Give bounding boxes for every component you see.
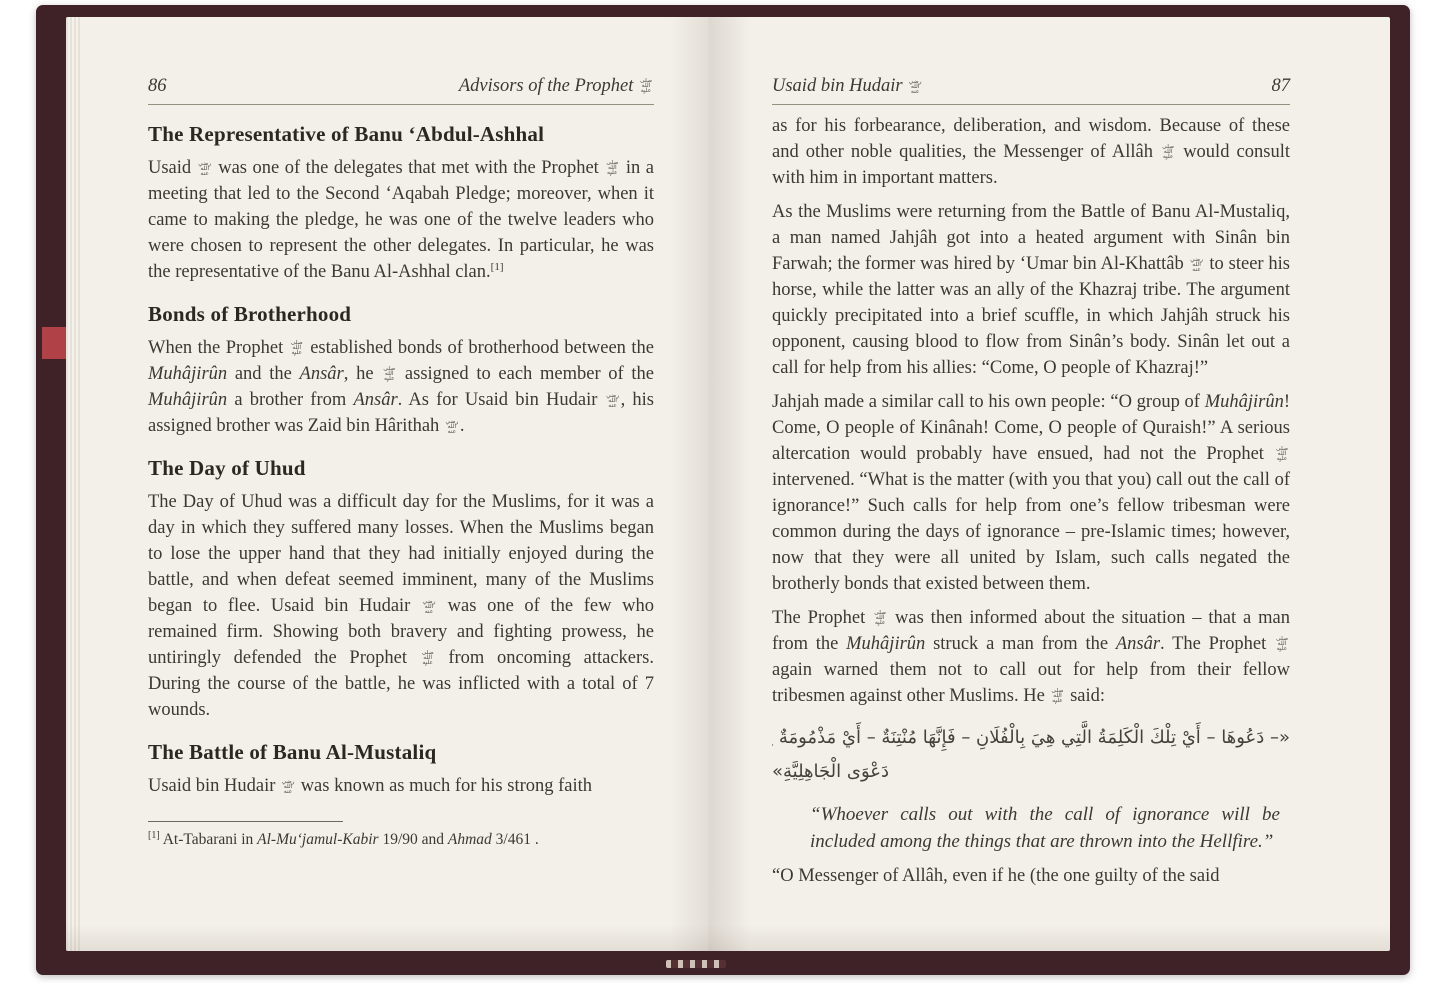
honorific-saw-symbol: صلى الله عليه وسلم <box>420 650 436 666</box>
body-paragraph: When the Prophet صلى الله عليه وسلم esta… <box>148 335 654 439</box>
honorific-saw-symbol: صلى الله عليه وسلم <box>638 78 654 94</box>
hadith-translation-quote: “Whoever calls out with the call of igno… <box>810 801 1280 855</box>
right-page-header: Usaid bin Hudair رضي الله عنه 87 <box>772 73 1290 105</box>
honorific-saw-symbol: صلى الله عليه وسلم <box>604 160 620 176</box>
honorific-saw-symbol: صلى الله عليه وسلم <box>1160 144 1176 160</box>
page-spread: 86 Advisors of the Prophet صلى الله عليه… <box>66 17 1390 951</box>
body-paragraph: The Day of Uhud was a difficult day for … <box>148 489 654 723</box>
left-running-header: Advisors of the Prophet صلى الله عليه وس… <box>459 73 654 99</box>
section-heading-representative: The Representative of Banu ‘Abdul-Ashhal <box>148 121 654 147</box>
left-page-number: 86 <box>148 73 167 99</box>
body-paragraph: Usaid رضي الله عنه was one of the delega… <box>148 155 654 285</box>
honorific-saw-symbol: صلى الله عليه وسلم <box>1049 688 1065 704</box>
honorific-ra-symbol: رضي الله عنه <box>197 161 213 176</box>
section-heading-bonds: Bonds of Brotherhood <box>148 301 654 327</box>
honorific-ra-symbol: رضي الله عنه <box>605 393 621 408</box>
arabic-hadith-line1: «– دَعُوهَا – أَيْ تِلْكَ الْكَلِمَةُ ال… <box>772 721 1290 755</box>
footnote: [1] At-Tabarani in Al-Mu‘jamul-Kabir 19/… <box>148 829 654 850</box>
footnote-block: [1] At-Tabarani in Al-Mu‘jamul-Kabir 19/… <box>148 821 654 850</box>
right-running-header: Usaid bin Hudair رضي الله عنه <box>772 73 923 99</box>
honorific-saw-symbol: صلى الله عليه وسلم <box>1274 636 1290 652</box>
body-paragraph: The Prophet صلى الله عليه وسلم was then … <box>772 605 1290 709</box>
honorific-saw-symbol: صلى الله عليه وسلم <box>381 366 397 382</box>
body-paragraph: As the Muslims were returning from the B… <box>772 199 1290 381</box>
body-paragraph: Usaid bin Hudair رضي الله عنه was known … <box>148 773 654 799</box>
arabic-hadith-line2: دَعْوَى الْجَاهِلِيَّةِ» <box>772 755 1290 789</box>
body-paragraph: “O Messenger of Allâh, even if he (the o… <box>772 863 1290 889</box>
section-heading-mustaliq: The Battle of Banu Al-Mustaliq <box>148 739 654 765</box>
arabic-hadith: «– دَعُوهَا – أَيْ تِلْكَ الْكَلِمَةُ ال… <box>772 721 1290 789</box>
binding-stitches <box>666 960 726 968</box>
right-page: Usaid bin Hudair رضي الله عنه 87 as for … <box>772 73 1290 897</box>
book-cover: 86 Advisors of the Prophet صلى الله عليه… <box>36 5 1410 975</box>
right-page-number: 87 <box>1272 73 1291 99</box>
honorific-ra-symbol: رضي الله عنه <box>421 599 437 614</box>
page-edge-stack <box>66 17 80 951</box>
honorific-ra-symbol: رضي الله عنه <box>907 79 923 94</box>
honorific-ra-symbol: رضي الله عنه <box>444 419 460 434</box>
left-page-header: 86 Advisors of the Prophet صلى الله عليه… <box>148 73 654 105</box>
honorific-saw-symbol: صلى الله عليه وسلم <box>289 340 305 356</box>
honorific-ra-symbol: رضي الله عنه <box>280 779 296 794</box>
gutter-shadow <box>670 17 750 951</box>
left-page: 86 Advisors of the Prophet صلى الله عليه… <box>148 73 654 850</box>
honorific-ra-symbol: رضي الله عنه <box>1189 257 1205 272</box>
footnote-rule <box>148 821 343 822</box>
body-paragraph: Jahjah made a similar call to his own pe… <box>772 389 1290 597</box>
body-paragraph: as for his forbearance, deliberation, an… <box>772 113 1290 191</box>
section-heading-uhud: The Day of Uhud <box>148 455 654 481</box>
honorific-saw-symbol: صلى الله عليه وسلم <box>1274 446 1290 462</box>
page-bottom-shadow <box>66 925 1390 951</box>
honorific-saw-symbol: صلى الله عليه وسلم <box>872 610 888 626</box>
